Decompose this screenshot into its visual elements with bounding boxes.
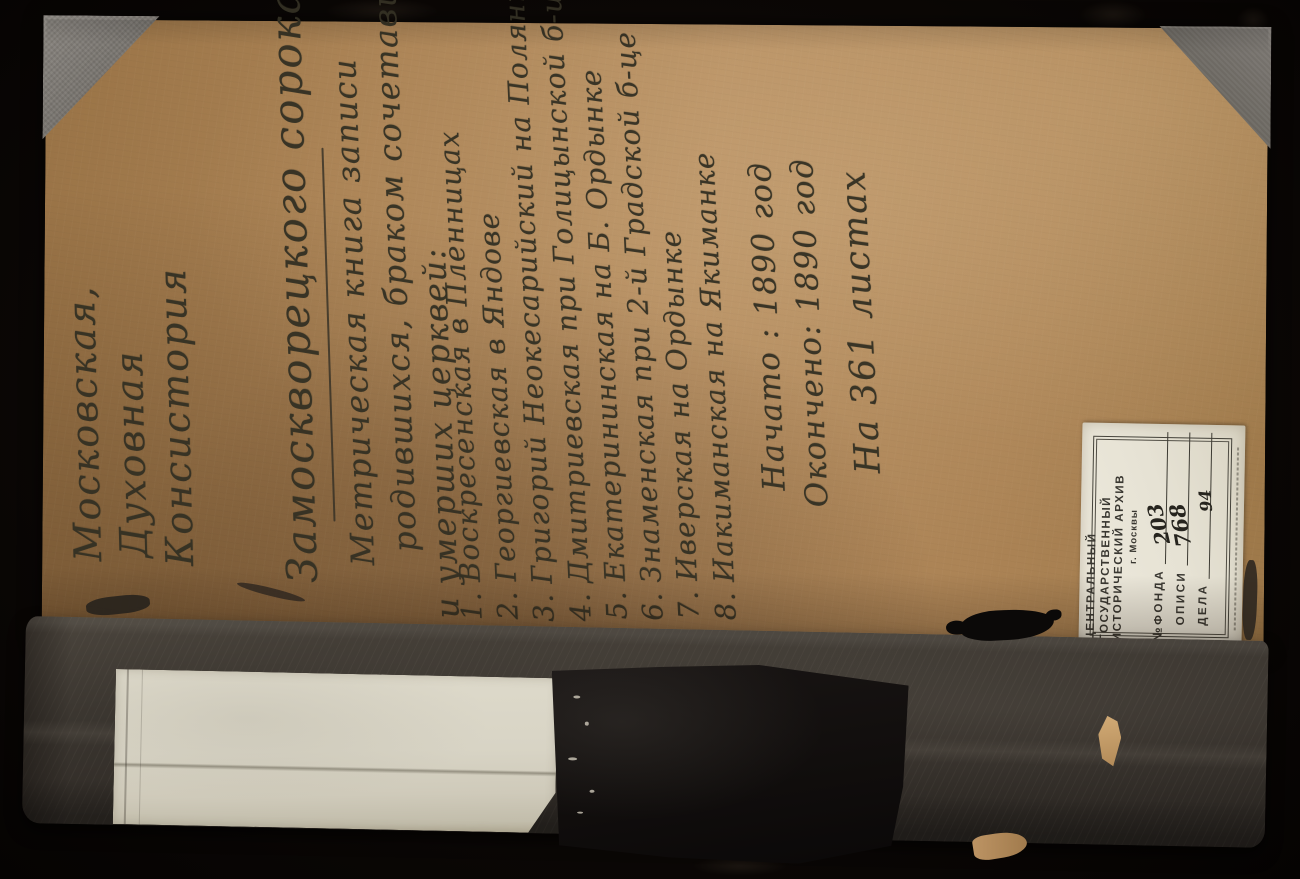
archive-stamp-content: ЦЕНТРАЛЬНЫЙ ГОСУДАРСТВЕННЫЙ ИСТОРИЧЕСКИЙ… — [1085, 431, 1242, 644]
fond-line: 203 — [1146, 432, 1167, 564]
background-smudge — [1078, 0, 1148, 30]
church-number: 8. — [708, 591, 742, 622]
consistory-header-line: Консистория — [150, 267, 202, 567]
printer-imprint — [1233, 446, 1239, 631]
delo-value-handwritten: 94 — [1195, 488, 1216, 512]
book-cover: Московская, Духовная Консистория Замоскв… — [42, 19, 1269, 651]
scuff-speck — [568, 757, 577, 760]
fond-row: № ФОНДА 203 — [1142, 432, 1168, 642]
fond-label: ФОНДА — [1152, 569, 1165, 625]
scuff-speck — [573, 695, 580, 698]
church-number: 4. — [563, 592, 597, 623]
consistory-header-line: Духовная — [107, 349, 157, 558]
church-number: 1. — [454, 591, 488, 622]
consistory-header-line: Московская, — [59, 284, 110, 562]
scuff-speck — [585, 722, 589, 726]
delo-line: 94 — [1190, 433, 1212, 579]
archive-label: ЦЕНТРАЛЬНЫЙ ГОСУДАРСТВЕННЫЙ ИСТОРИЧЕСКИЙ… — [1078, 423, 1245, 652]
opis-line: 768 — [1168, 432, 1189, 566]
delo-label: ДЕЛА — [1196, 583, 1209, 625]
church-number: 3. — [526, 592, 560, 623]
archive-stamp-fields: № ФОНДА 203 ОПИСИ 768 ДЕЛА 94 — [1142, 432, 1212, 643]
spine-black-glossy-patch — [548, 661, 909, 866]
opis-label: ОПИСИ — [1174, 571, 1187, 626]
sheet-count-line: На 361 листах — [833, 168, 889, 474]
church-number: 7. — [671, 589, 705, 620]
sorok-title: Замоскворецкого сорока — [260, 0, 327, 584]
scuff-speck — [589, 790, 594, 793]
date-started-line: Начато : 1890 год — [742, 161, 793, 492]
photo-stage: Московская, Духовная Консистория Замоскв… — [0, 0, 1300, 879]
cover-handwriting-rotated: Московская, Духовная Консистория Замоскв… — [42, 19, 1269, 647]
date-finished-line: Окончено: 1890 год — [784, 157, 836, 508]
church-number: 2. — [490, 590, 524, 621]
church-number: 6. — [635, 591, 669, 622]
church-number: 5. — [599, 590, 633, 621]
scuff-speck — [577, 812, 583, 814]
spine-paper-patch — [113, 669, 558, 833]
